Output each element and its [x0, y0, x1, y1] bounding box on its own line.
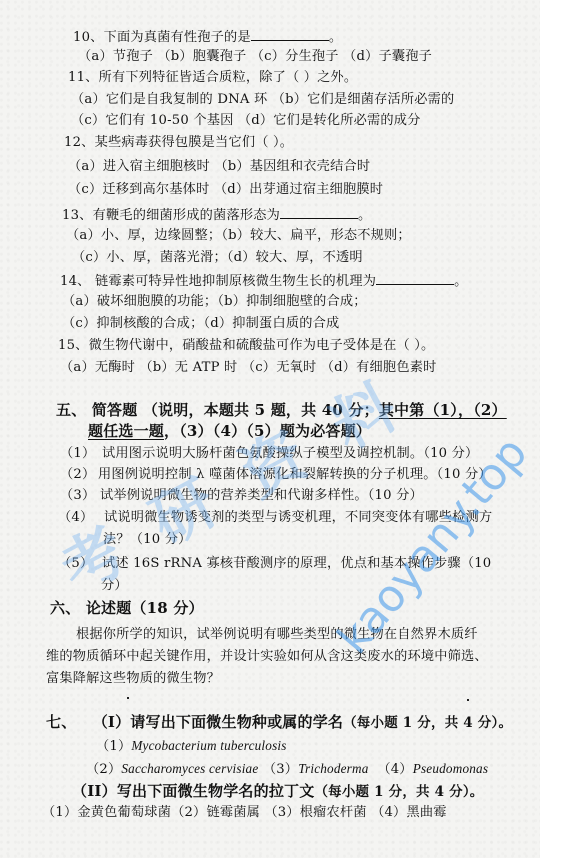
section-5-title-cont: 题任选一题，（3）（4）（5）题为必答题） — [88, 423, 371, 439]
section-7-part-2-title: （II）写出下面微生物学名的拉丁文（每小题 1 分，共 4 分）。 — [72, 783, 483, 800]
section-5-item-2: （2）用图例说明控制 λ 噬菌体溶源化和裂解转换的分子机理。（10 分） — [60, 467, 492, 483]
question-13-text: 13、有鞭毛的细菌形成的菌落形态为 — [62, 208, 280, 223]
answer-blank — [376, 272, 454, 285]
part-1-title: （I）请写出下面微生物种或属的学名 — [93, 713, 343, 731]
latin-name: Trichoderma — [298, 761, 368, 776]
section-6-line-1: 根据你所学的知识，试举例说明有哪些类型的微生物在自然界木质纤 — [76, 627, 478, 643]
part-2-title: （II）写出下面微生物学名的拉丁文 — [72, 782, 314, 800]
item-number: （2） — [86, 762, 121, 777]
question-11-options-2: （c）它们有 10-50 个基因 （d）它们是转化所必需的成分 — [71, 113, 421, 129]
latin-name: Mycobacterium tuberculosis — [131, 738, 286, 753]
item-number: （3） — [60, 488, 100, 504]
question-13-options-1: （a）小、厚，边缘圆整；（b）较大、扁平，形态不规则； — [66, 228, 411, 244]
part-1-score: （每小题 1 分，共 4 分）。 — [343, 715, 512, 731]
answer-blank — [251, 28, 329, 41]
section-5-title-underlined-2: 题任选一题 — [88, 422, 164, 440]
answer-blank — [280, 206, 358, 219]
item-number: （2） — [60, 467, 98, 483]
latin-name: Saccharomyces cervisiae — [121, 761, 258, 776]
section-6-line-3: 富集降解这些物质的微生物？ — [46, 671, 220, 687]
section-5-title-prefix: 五、 简答题 （说明，本题共 5 题，共 40 分； — [56, 401, 379, 419]
question-14-text: 14、 链霉素可特异性地抑制原核微生物生长的机理为 — [60, 274, 376, 289]
question-15-options: （a）无酶时 （b）无 ATP 时 （c）无氧时 （d）有细胞色素时 — [60, 360, 437, 376]
part-1-items-2-4: （2）Saccharomyces cervisiae （3）Trichoderm… — [86, 761, 488, 778]
question-11-stem: 11、所有下列特征皆适合质粒，除了（ ）之外。 — [68, 70, 357, 86]
item-number: （1） — [96, 739, 131, 754]
section-6-title: 六、 论述题（18 分） — [50, 600, 204, 616]
question-10-text: 10、下面为真菌有性孢子的是 — [73, 30, 251, 45]
item-number: （1） — [60, 446, 102, 462]
section-5-item-5-cont: 分） — [101, 578, 128, 594]
section-6-line-2: 维的物质循环中起关键作用，并设计实验如何从含这类废水的环境中筛选、 — [46, 649, 488, 665]
question-12-stem: 12、某些病毒获得包膜是当它们（ ）。 — [64, 135, 293, 151]
part-1-item-1: （1）Mycobacterium tuberculosis — [96, 738, 287, 755]
scan-speck — [127, 697, 129, 699]
question-11-options-1: （a）它们是自我复制的 DNA 环 （b）它们是细菌存活所必需的 — [71, 92, 454, 108]
section-5-title-suffix: ，（3）（4）（5）题为必答题） — [164, 422, 371, 440]
period: 。 — [329, 30, 342, 45]
period: 。 — [358, 208, 371, 223]
item-number: （4） — [58, 510, 104, 526]
item-text: 试述 16S rRNA 寡核苷酸测序的原理，优点和基本操作步骤（10 — [102, 556, 491, 571]
question-12-options-2: （c）迁移到高尔基体时 （d）出芽通过宿主细胞膜时 — [68, 182, 383, 198]
question-14-options-2: （c）抑制核酸的合成；（d）抑制蛋白质的合成 — [62, 316, 339, 332]
period: 。 — [454, 274, 467, 289]
question-14-options-1: （a）破坏细胞膜的功能；（b）抑制细胞壁的合成； — [62, 294, 367, 310]
question-12-options-1: （a）进入宿主细胞核时 （b）基因组和衣壳结合时 — [68, 159, 370, 175]
section-5-title-underlined: 其中第（1），（2） — [379, 401, 507, 419]
section-5-item-5: （5）试述 16S rRNA 寡核苷酸测序的原理，优点和基本操作步骤（10 — [58, 556, 491, 572]
item-number: （4） — [377, 762, 412, 777]
exam-page: 10、下面为真菌有性孢子的是。 （a）节孢子 （b）胞囊孢子 （c）分生孢子 （… — [0, 0, 569, 858]
item-text: 试说明微生物诱变剂的类型与诱变机理，不同突变体有哪些检测方 — [104, 510, 492, 525]
page-margin — [540, 0, 569, 858]
item-number: （5） — [58, 556, 102, 572]
part-2-score: （每小题 1 分，共 4 分）。 — [314, 784, 483, 800]
question-10-stem: 10、下面为真菌有性孢子的是。 — [73, 28, 342, 46]
section-5-title: 五、 简答题 （说明，本题共 5 题，共 40 分；其中第（1），（2） — [56, 402, 507, 418]
question-13-stem: 13、有鞭毛的细菌形成的菌落形态为。 — [62, 206, 371, 224]
section-5-item-4-cont: 法？（10 分） — [103, 532, 192, 548]
item-text: 试举例说明微生物的营养类型和代谢多样性。（10 分） — [100, 488, 423, 503]
section-7-part-1-title: 七、 （I）请写出下面微生物种或属的学名（每小题 1 分，共 4 分）。 — [46, 714, 512, 731]
section-7-prefix: 七、 — [46, 713, 76, 731]
item-number: （3） — [263, 762, 298, 777]
section-5-item-3: （3）试举例说明微生物的营养类型和代谢多样性。（10 分） — [60, 488, 423, 504]
question-14-stem: 14、 链霉素可特异性地抑制原核微生物生长的机理为。 — [60, 272, 468, 290]
section-5-item-4: （4）试说明微生物诱变剂的类型与诱变机理，不同突变体有哪些检测方 — [58, 510, 492, 526]
question-15-stem: 15、微生物代谢中，硝酸盐和硫酸盐可作为电子受体是在（ ）。 — [58, 338, 434, 354]
question-13-options-2: （c）小、厚，菌落光滑；（d）较大、厚，不透明 — [72, 250, 363, 266]
part-2-items: （1）金黄色葡萄球菌（2）链霉菌属 （3）根瘤农杆菌 （4）黑曲霉 — [42, 805, 447, 821]
latin-name: Pseudomonas — [413, 761, 488, 776]
item-text: 用图例说明控制 λ 噬菌体溶源化和裂解转换的分子机理。（10 分） — [98, 467, 492, 482]
section-5-item-1: （1）试用图示说明大肠杆菌色氨酸操纵子模型及调控机制。（10 分） — [60, 446, 478, 462]
question-10-options: （a）节孢子 （b）胞囊孢子 （c）分生孢子 （d）子囊孢子 — [78, 49, 432, 65]
item-text: 试用图示说明大肠杆菌色氨酸操纵子模型及调控机制。（10 分） — [102, 446, 478, 461]
scan-speck — [467, 699, 469, 701]
